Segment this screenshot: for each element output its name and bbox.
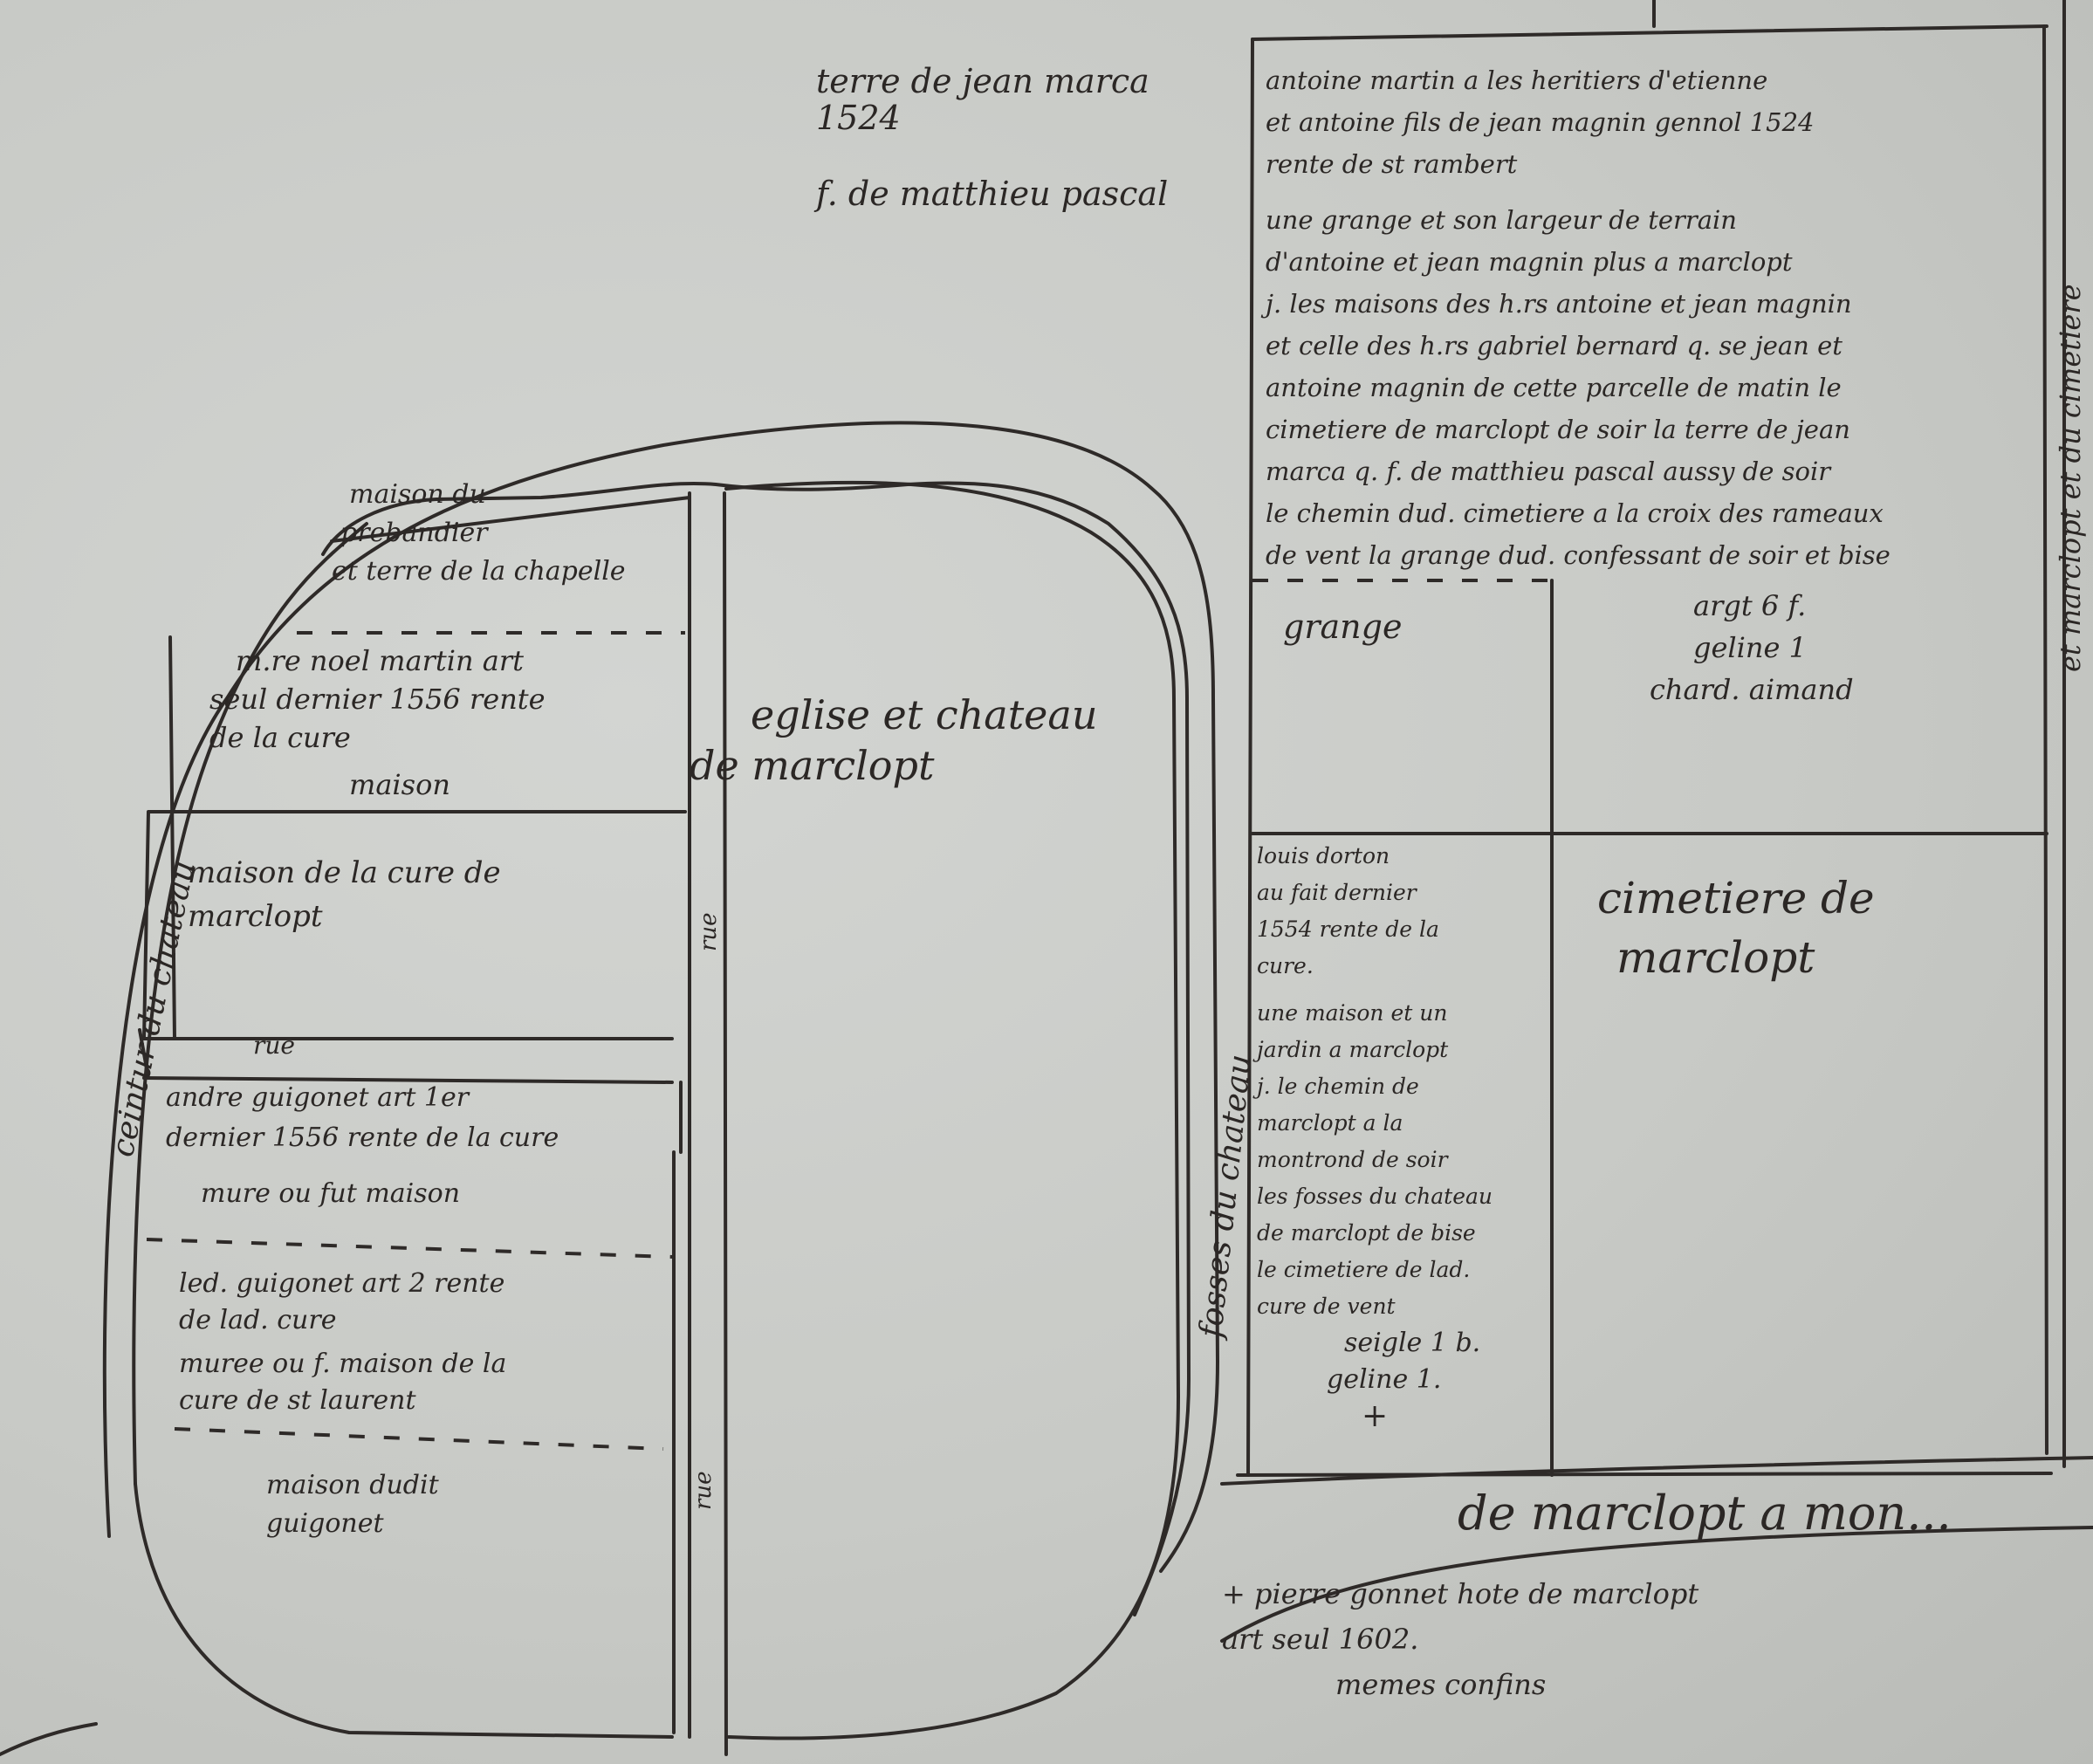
parcel-line: mure ou fut maison <box>166 1174 559 1214</box>
parcel-line: de la cure <box>209 718 546 757</box>
parcel-line: cure de vent <box>1257 1288 1493 1325</box>
note-line: memes confins <box>1222 1662 1698 1707</box>
text-line: rente de st rambert <box>1266 143 1891 185</box>
grange-label: grange <box>1283 607 1402 649</box>
church-block-outline <box>726 483 1178 1739</box>
parcel-maison-cure: maison de la cure de marclopt <box>188 851 501 938</box>
road-upper-edge <box>1222 1458 2093 1484</box>
parcel-line: louis dorton <box>1257 838 1493 875</box>
parcel-line: cure. <box>1257 948 1493 985</box>
parcel-maison-dudit: maison dudit guigonet <box>266 1466 439 1543</box>
parcel-line: les fosses du chateau <box>1257 1178 1493 1215</box>
parcel-line: m.re noel martin art <box>209 642 546 680</box>
text-line: antoine magnin de cette parcelle de mati… <box>1266 367 1891 408</box>
text-line: le chemin dud. cimetiere a la croix des … <box>1266 492 1891 534</box>
cemetery-label-line-1: cimetiere de <box>1597 868 1875 928</box>
parcel-line: muree ou f. maison de la <box>179 1346 506 1383</box>
parcel-line: j. le chemin de <box>1257 1068 1493 1105</box>
parcel-line: marclopt <box>188 895 501 938</box>
parcel-line: maison <box>209 765 546 804</box>
dues-line: geline 1 <box>1650 627 1854 669</box>
cemetery-label-line-2: marclopt <box>1597 928 1875 987</box>
text-line: cimetiere de marclopt de soir la terre d… <box>1266 408 1891 450</box>
parcel-line: et terre de la chapelle <box>332 553 626 591</box>
bottom-note: + pierre gonnet hote de marclopt art seu… <box>1222 1571 1698 1707</box>
parcel-line: marclopt a la <box>1257 1105 1493 1142</box>
parcel-line: andre guigonet art 1er <box>166 1078 559 1118</box>
right-edge-vertical-label: et marclopt et du cimetiere <box>2053 284 2088 672</box>
parcel-line: jardin a marclopt <box>1257 1032 1493 1068</box>
text-line: antoine martin a les heritiers d'etienne <box>1266 59 1891 101</box>
top-left-note: terre de jean marca 1524 f. de matthieu … <box>816 61 1168 216</box>
rue-horizontal-label: rue <box>253 1030 295 1060</box>
cemetery-label: cimetiere de marclopt <box>1597 868 1875 987</box>
right-frame <box>1252 26 2047 39</box>
text-line: de vent la grange dud. confessant de soi… <box>1266 534 1891 576</box>
text-line: et antoine fils de jean magnin gennol 15… <box>1266 101 1891 143</box>
church-label-line-2: de marclopt <box>690 740 1097 791</box>
parcel-line: de lad. cure <box>179 1302 506 1339</box>
parcel-louis-dorton: louis dorton au fait dernier 1554 rente … <box>1257 838 1493 1435</box>
manuscript-sheet: terre de jean marca 1524 f. de matthieu … <box>0 0 2093 1764</box>
parcel-line: dernier 1556 rente de la cure <box>166 1118 559 1158</box>
parcel-line: seigle 1 b. <box>1257 1325 1493 1362</box>
dashed-divider-3 <box>175 1429 663 1449</box>
parcel-line: led. guigonet art 2 rente <box>179 1266 506 1302</box>
text-line: marca q. f. de matthieu pascal aussy de … <box>1266 450 1891 492</box>
parcel-line: seul dernier 1556 rente <box>209 680 546 718</box>
cross-mark: + <box>1257 1398 1493 1435</box>
text-line: j. les maisons des h.rs antoine et jean … <box>1266 283 1891 325</box>
text-line: d'antoine et jean magnin plus a marclopt <box>1266 241 1891 283</box>
church-label: eglise et chateau de marclopt <box>742 690 1097 791</box>
parcel-line: prebandier <box>332 514 626 553</box>
parcel-line: au fait dernier <box>1257 875 1493 911</box>
parcel-line: guigonet <box>266 1505 439 1543</box>
note-line: + pierre gonnet hote de marclopt <box>1222 1571 1698 1616</box>
dashed-divider-2 <box>147 1239 672 1257</box>
parcel-line: le cimetiere de lad. <box>1257 1252 1493 1288</box>
rue-vertical-upper-label: rue <box>695 912 724 951</box>
parcel-line: une maison et un <box>1257 995 1493 1032</box>
church-label-line-1: eglise et chateau <box>742 690 1097 740</box>
parcel-andre-guigonet: andre guigonet art 1er dernier 1556 rent… <box>166 1078 559 1214</box>
parcel-noel-martin: m.re noel martin art seul dernier 1556 r… <box>209 642 546 804</box>
dues-line: argt 6 f. <box>1650 585 1854 627</box>
text-line: une grange et son largeur de terrain <box>1266 199 1891 241</box>
parcel-line: geline 1. <box>1257 1362 1493 1398</box>
note-line: f. de matthieu pascal <box>816 174 1168 216</box>
rue-strip-right <box>724 493 726 1754</box>
note-line: art seul 1602. <box>1222 1616 1698 1662</box>
text-line: et celle des h.rs gabriel bernard q. se … <box>1266 325 1891 367</box>
parcel-line: cure de st laurent <box>179 1383 506 1419</box>
parcel-line: montrond de soir <box>1257 1142 1493 1178</box>
note-line: terre de jean marca <box>816 61 1168 103</box>
parcel-line: maison du <box>332 476 626 514</box>
parcel-line: de marclopt de bise <box>1257 1215 1493 1252</box>
right-column-text: antoine martin a les heritiers d'etienne… <box>1266 59 1891 576</box>
parcel-line: 1554 rente de la <box>1257 911 1493 948</box>
parcel-prebandier: maison du prebandier et terre de la chap… <box>332 476 626 591</box>
note-line: 1524 <box>816 98 1168 140</box>
road-label: de marclopt a mon... <box>1458 1484 1952 1543</box>
dues-line: chard. aimand <box>1650 669 1854 710</box>
rue-vertical-lower-label: rue <box>690 1471 718 1510</box>
parcel-line: maison de la cure de <box>188 851 501 895</box>
parcel-line: maison dudit <box>266 1466 439 1505</box>
parcel-led-guigonet: led. guigonet art 2 rente de lad. cure m… <box>179 1266 506 1419</box>
grange-dues: argt 6 f. geline 1 chard. aimand <box>1650 585 1854 710</box>
